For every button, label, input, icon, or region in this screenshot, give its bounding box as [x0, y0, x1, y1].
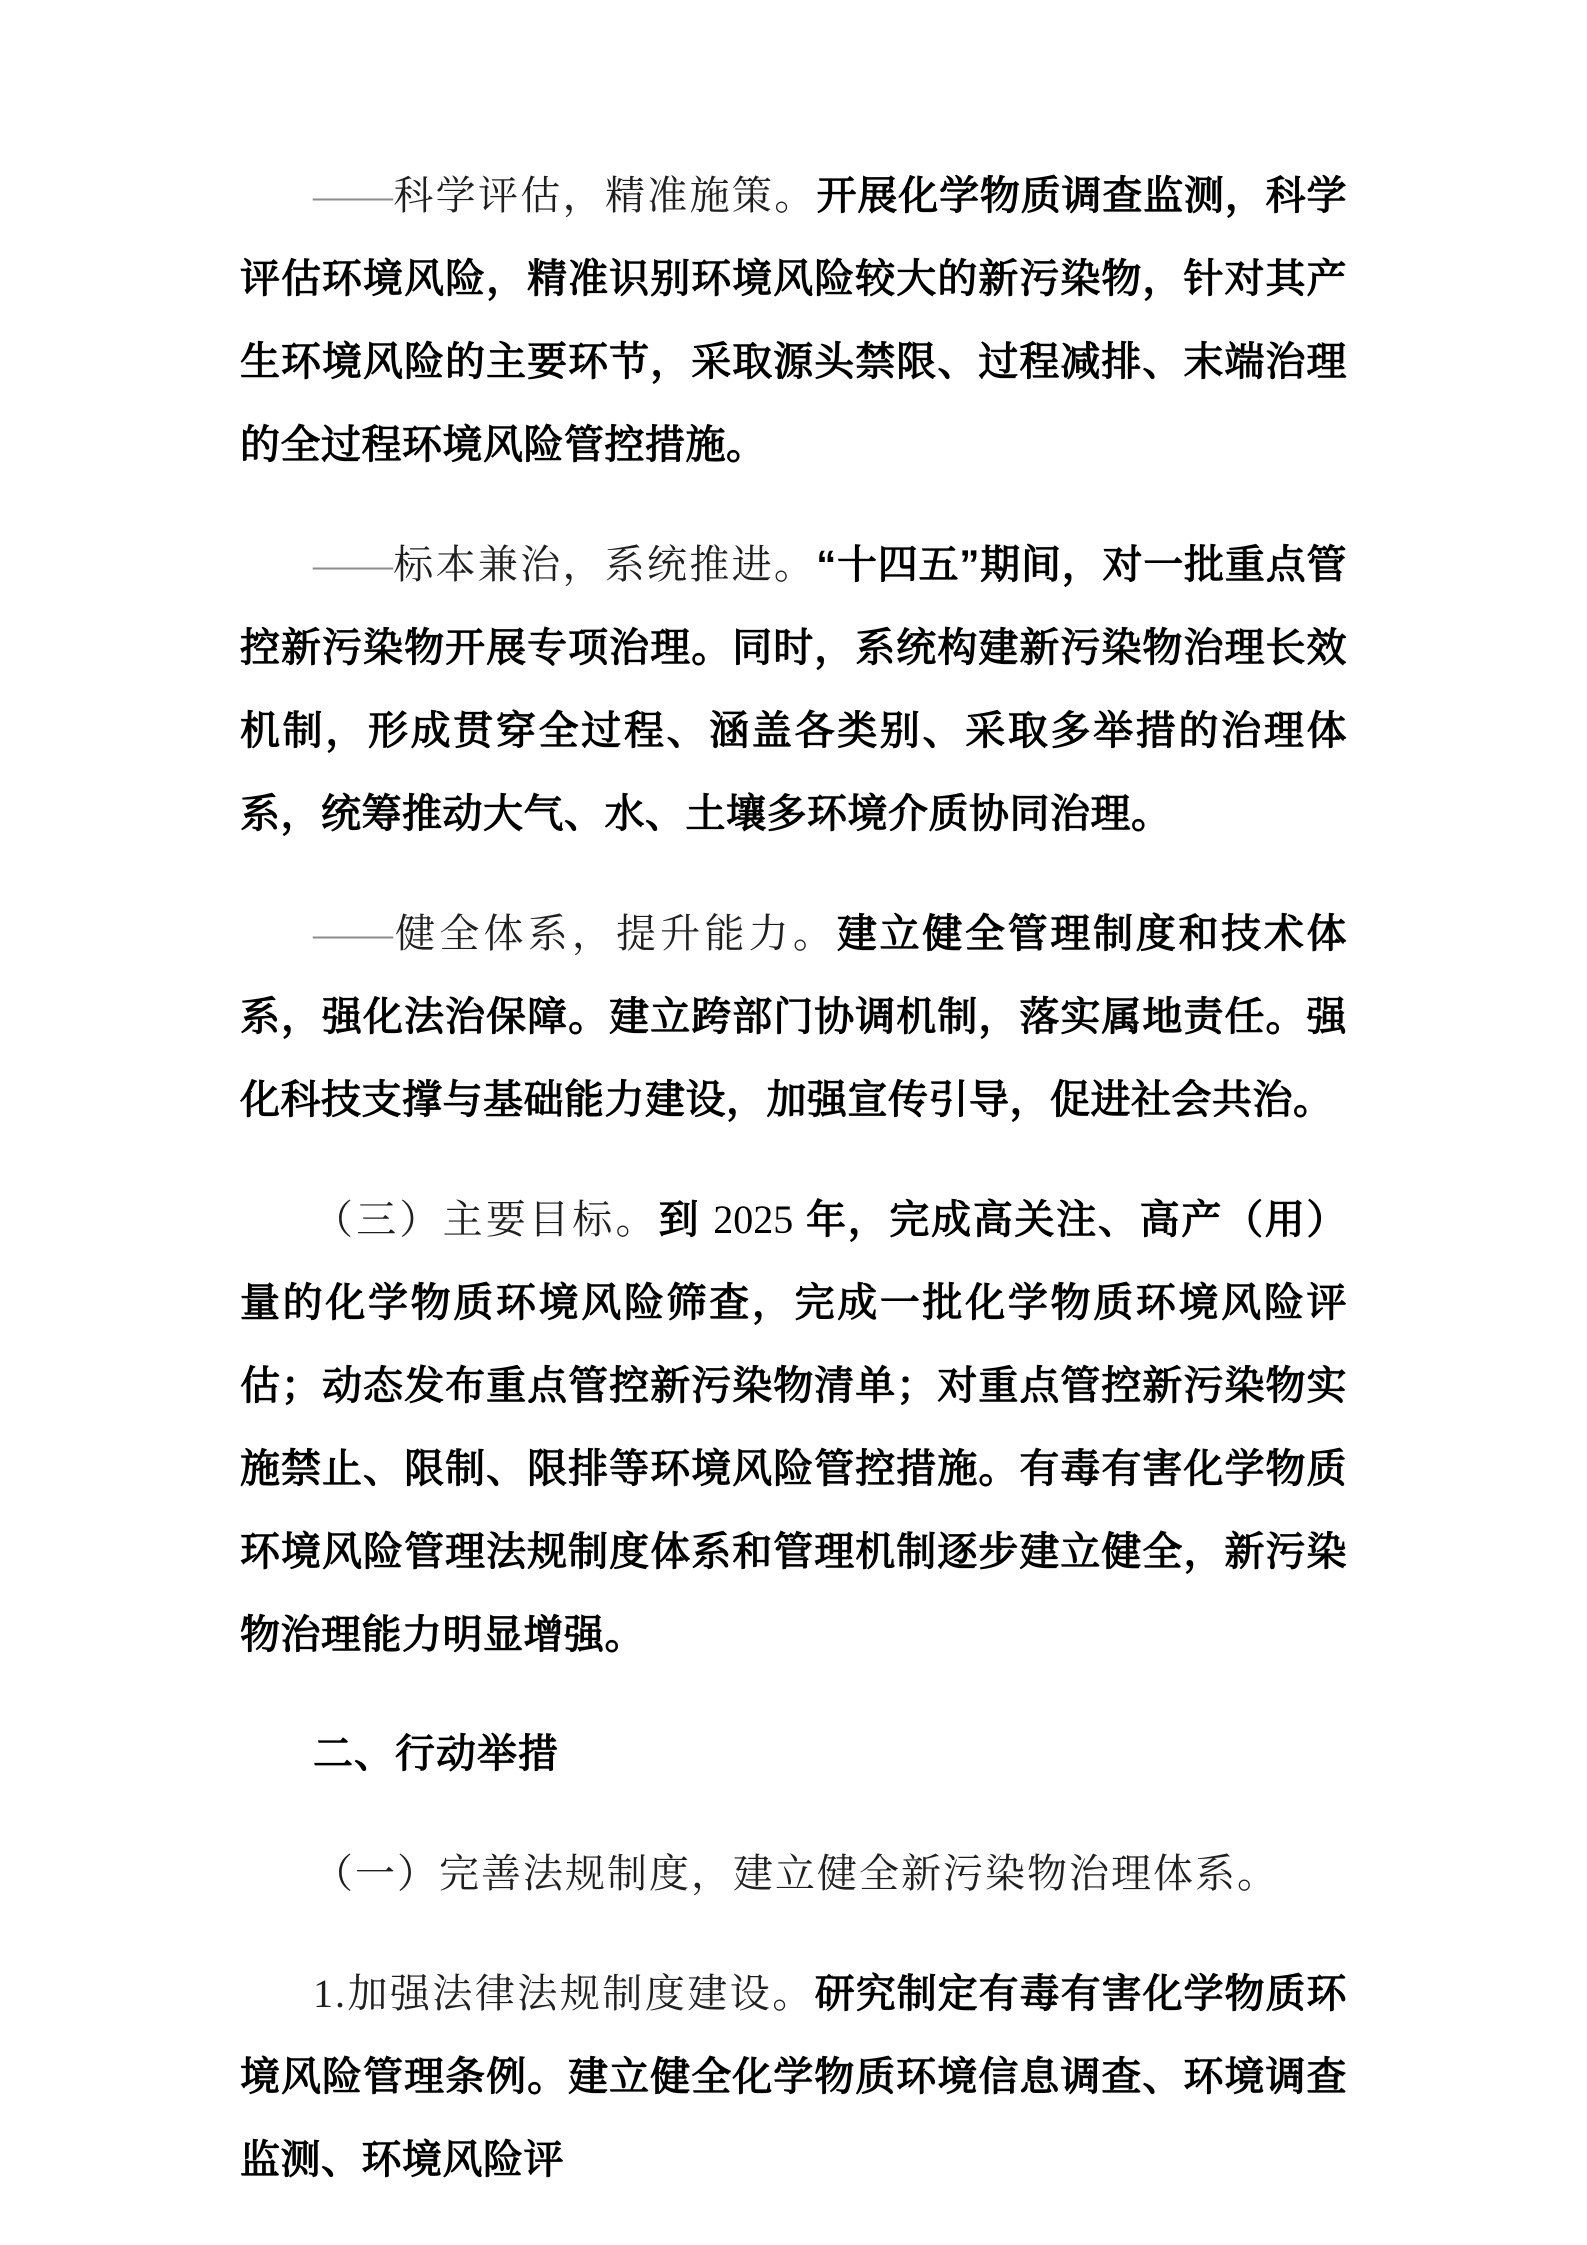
paragraph-subsection-legal-system: （一）完善法规制度，建立健全新污染物治理体系。	[240, 1832, 1347, 1916]
kaiti-lead-in: 健全体系，提升能力。	[393, 911, 837, 956]
paragraph-principle-systematic-advance: ——标本兼治，系统推进。“十四五”期间，对一批重点管控新污染物开展专项治理。同时…	[240, 523, 1347, 856]
document-text-block: ——科学评估，精准施策。开展化学物质调查监测，科学评估环境风险，精准识别环境风险…	[240, 0, 1347, 2202]
em-dash-prefix: ——	[313, 911, 393, 956]
kaiti-lead-in: 1.加强法律法规制度建设。	[313, 1971, 815, 2016]
paragraph-item-1-legislation: 1.加强法律法规制度建设。研究制定有毒有害化学物质环境风险管理条例。建立健全化学…	[240, 1952, 1347, 2202]
paragraph-principle-capacity-building: ——健全体系，提升能力。建立健全管理制度和技术体系，强化法治保障。建立跨部门协调…	[240, 892, 1347, 1142]
paragraph-body-text: 年，完成高关注、高产（用）量的化学物质环境风险筛查，完成一批化学物质环境风险评估…	[240, 1198, 1347, 1657]
kaiti-lead-in: 科学评估，精准施策。	[393, 173, 817, 218]
section-heading-action-measures: 二、行动举措	[240, 1713, 1347, 1796]
paragraph-principle-scientific-assessment: ——科学评估，精准施策。开展化学物质调查监测，科学评估环境风险，精准识别环境风险…	[240, 154, 1347, 487]
kaiti-lead-in: 标本兼治，系统推进。	[393, 542, 816, 587]
year-number: 2025	[713, 1197, 793, 1242]
paragraph-main-goals-2025: （三）主要目标。到 2025 年，完成高关注、高产（用）量的化学物质环境风险筛查…	[240, 1178, 1347, 1677]
kaiti-lead-in: （三）主要目标。	[313, 1197, 659, 1242]
paragraph-body-text: 到	[659, 1198, 714, 1242]
kaiti-lead-in: （一）完善法规制度，建立健全新污染物治理体系。	[313, 1851, 1279, 1896]
em-dash-prefix: ——	[313, 173, 393, 218]
em-dash-prefix: ——	[313, 542, 393, 587]
document-page: ——科学评估，精准施策。开展化学物质调查监测，科学评估环境风险，精准识别环境风险…	[0, 0, 1587, 2245]
